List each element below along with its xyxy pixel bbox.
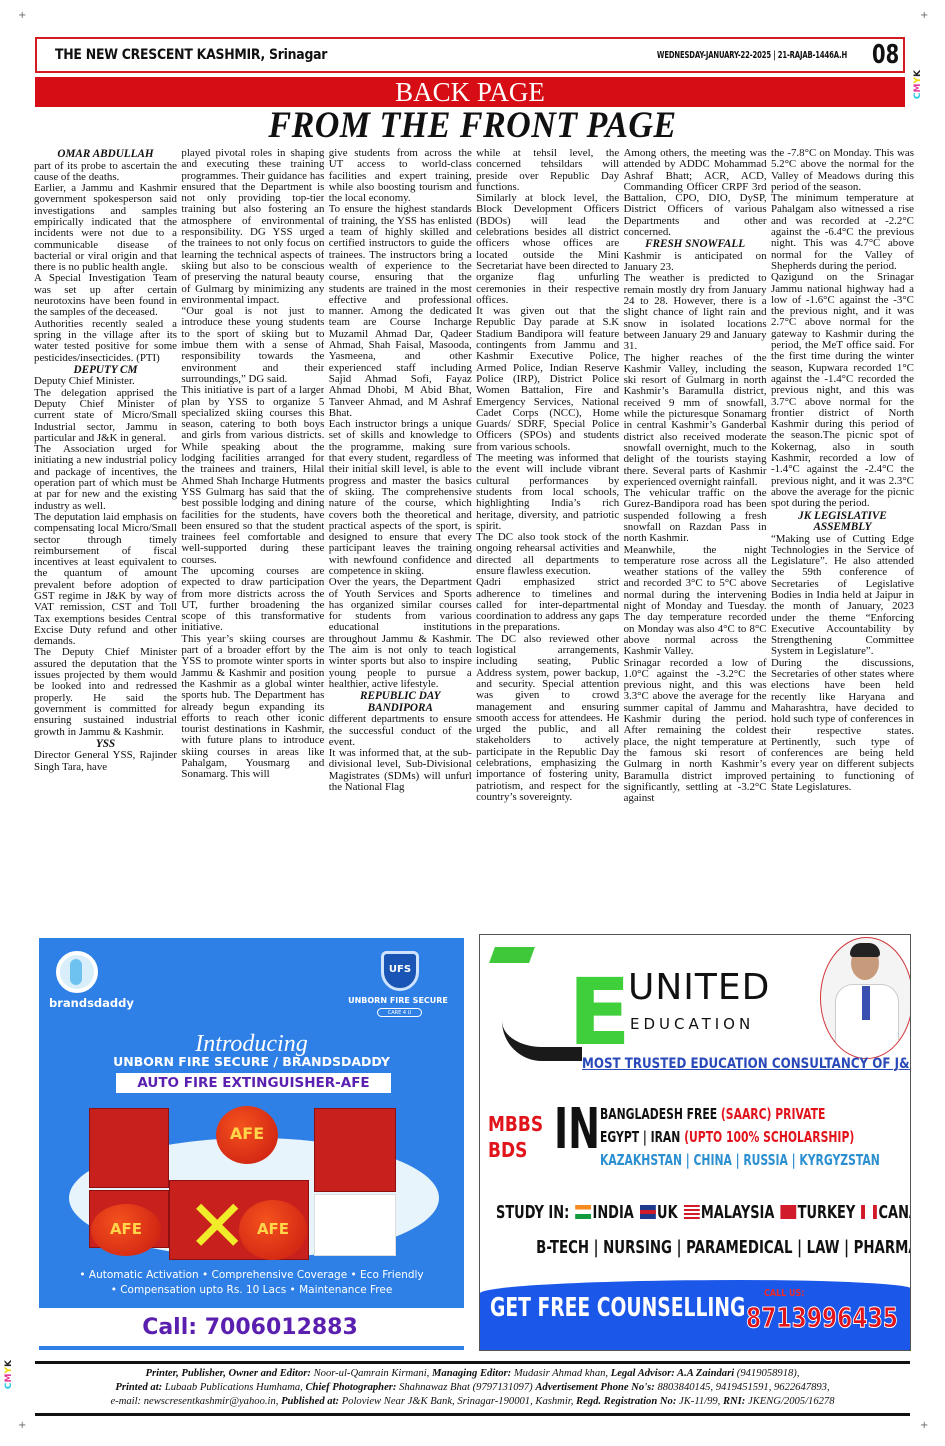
article-subheading: OMAR ABDULLAH (34, 149, 177, 161)
cmyk-m: M (4, 1374, 14, 1383)
article-columns: OMAR ABDULLAHpart of its probe to ascert… (34, 148, 914, 928)
dest-highlight: (UPTO 100% SCHOLARSHIP) (684, 1128, 854, 1146)
article-paragraph: Kashmir is anticipated on January 23. (624, 251, 767, 274)
imprint-value: Lubaab Publications Humhama, (162, 1382, 305, 1393)
article-paragraph: the -7.8°C on Monday. This was 5.2°C abo… (771, 148, 914, 193)
article-paragraph: The delegation apprised the Deputy Chief… (34, 388, 177, 444)
ad-features: • Automatic Activation • Comprehensive C… (39, 1268, 464, 1298)
article-paragraph: It was informed that, at the sub-divisio… (329, 748, 472, 793)
column-5: Among others, the meeting was attended b… (624, 148, 767, 928)
crop-mark: + (920, 1420, 928, 1431)
course-streams: B-TECH | NURSING | PARAMEDICAL | LAW | P… (536, 1237, 856, 1258)
crop-mark: + (18, 1420, 26, 1431)
imprint-value: JKENG/2005/16278 (745, 1396, 834, 1407)
article-paragraph: The deputation laid emphasis on compensa… (34, 512, 177, 648)
imprint-value: JK-11/99, (676, 1396, 723, 1407)
cmyk-c: C (913, 92, 923, 99)
imprint-value: (9419058918), (734, 1368, 799, 1379)
article-paragraph: part of its probe to ascertain the cause… (34, 161, 177, 184)
dest-text: BANGLADESH FREE (600, 1105, 721, 1123)
uk-flag-icon (640, 1205, 656, 1219)
ufs-brand-name: UNBORN FIRE SECURE (333, 996, 463, 1005)
column-4: while at tehsil level, the concerned teh… (476, 148, 619, 928)
destinations: BANGLADESH FREE (SAARC) PRIVATE EGYPT | … (600, 1103, 880, 1172)
product-leaflet (314, 1194, 396, 1256)
imprint-label: Printed at: (115, 1382, 162, 1393)
article-paragraph: The higher reaches of the Kashmir Valley… (624, 353, 767, 489)
article-paragraph: The DC also took stock of the ongoing re… (476, 532, 619, 577)
cmyk-y: Y (4, 1367, 14, 1374)
article-paragraph: To ensure the highest standards of train… (329, 204, 472, 419)
feature-line: • Automatic Activation • Comprehensive C… (39, 1268, 464, 1283)
masthead: THE NEW CRESCENT KASHMIR, Srinagar WEDNE… (35, 37, 905, 73)
article-paragraph: The upcoming courses are expected to dra… (181, 566, 324, 634)
article-paragraph: A Special Investigation Team was set up … (34, 273, 177, 318)
course-mbbs: MBBS (488, 1111, 543, 1137)
column-1: OMAR ABDULLAHpart of its probe to ascert… (34, 148, 177, 928)
article-paragraph: Qadri emphasized strict adherence to tim… (476, 577, 619, 633)
country: INDIA (593, 1202, 634, 1223)
article-paragraph: Director General YSS, Rajinder Singh Tar… (34, 750, 177, 773)
shield-logo-icon: UFS (381, 951, 419, 991)
imprint-label: Chief Photographer: (305, 1382, 396, 1393)
article-paragraph: Among others, the meeting was attended b… (624, 148, 767, 238)
country: CANADA (879, 1202, 911, 1223)
dest-highlight: (SAARC) PRIVATE (721, 1105, 826, 1123)
article-paragraph: Qazigund on the Srinagar Jammu national … (771, 272, 914, 509)
cta-text: GET FREE COUNSELLING (490, 1293, 745, 1323)
cmyk-k: K (4, 1360, 14, 1367)
advertisements: brandsdaddy UFS UNBORN FIRE SECURE CARE … (35, 934, 910, 1354)
issue-date: WEDNESDAY-JANUARY-22-2025 | 21-RAJAB-144… (657, 50, 847, 61)
column-6: the -7.8°C on Monday. This was 5.2°C abo… (771, 148, 914, 928)
ad-phone[interactable]: 8713996435 (746, 1301, 898, 1334)
fire-ball-icon: AFE (239, 1200, 307, 1260)
article-paragraph: The Deputy Chief Minister assured the de… (34, 647, 177, 737)
fire-ball-icon: AFE (216, 1106, 278, 1164)
article-paragraph: Each instructor brings a unique set of s… (329, 419, 472, 577)
article-paragraph: different departments to ensure the succ… (329, 714, 472, 748)
ad-phone[interactable]: Call: 7006012883 (35, 1315, 465, 1340)
doctor-hair (850, 943, 880, 957)
india-flag-icon (575, 1205, 591, 1219)
article-paragraph: Srinagar recorded a low of 1.0°C against… (624, 658, 767, 805)
article-paragraph: played pivotal roles in shaping and exec… (181, 148, 324, 306)
product-box (89, 1108, 169, 1188)
cmyk-k: K (913, 70, 923, 77)
article-paragraph: Over the years, the Department of Youth … (329, 577, 472, 690)
study-in-row: STUDY IN: INDIA UK MALAYSIA TURKEY CANAD… (496, 1202, 911, 1223)
ufs-tagline: CARE 4 U (377, 1008, 422, 1017)
imprint-line: e-mail: newscresentkashmir@yahoo.in, Pub… (35, 1395, 910, 1409)
canada-flag-icon (861, 1205, 877, 1219)
cmyk-c: C (4, 1382, 14, 1389)
article-paragraph: The Association urged for initiating a n… (34, 444, 177, 512)
imprint-label: RNI: (723, 1396, 745, 1407)
course-list: MBBS BDS (488, 1111, 543, 1163)
imprint-value: 8803840145, 9419451591, 9622647893, (655, 1382, 830, 1393)
brand-name: UNITED (628, 967, 770, 1008)
ad-bottom-rule (39, 1346, 464, 1350)
article-paragraph: This initiative is part of a larger plan… (181, 385, 324, 566)
graduation-cap-icon (489, 947, 535, 963)
imprint-label: Regd. Registration No: (576, 1396, 676, 1407)
article-paragraph: The minimum temperature at Pahalgam also… (771, 193, 914, 272)
doctor-tie (862, 986, 870, 1020)
article-paragraph: The meeting was informed that the event … (476, 453, 619, 532)
article-paragraph: Similarly at block level, the Block Deve… (476, 193, 619, 306)
article-paragraph: give students from across the UT access … (329, 148, 472, 204)
column-3: give students from across the UT access … (329, 148, 472, 928)
article-paragraph: This year’s skiing courses are part of a… (181, 634, 324, 781)
course-bds: BDS (488, 1137, 543, 1163)
article-paragraph: During the discussions, Secretaries of o… (771, 658, 914, 794)
country: UK (657, 1202, 678, 1223)
turkey-flag-icon (780, 1205, 796, 1219)
article-paragraph: Meanwhile, the night temperature rose ac… (624, 545, 767, 658)
section-title: FROM THE FRONT PAGE (38, 104, 907, 147)
article-paragraph: Authorities recently sealed a spring in … (34, 319, 177, 364)
newspaper-name: THE NEW CRESCENT KASHMIR, Srinagar (55, 47, 327, 63)
article-paragraph: Earlier, a Jammu and Kashmir government … (34, 183, 177, 273)
feature-line: • Compensation upto Rs. 10 Lacs • Mainte… (39, 1283, 464, 1298)
dest-text: EGYPT | IRAN (600, 1128, 684, 1146)
section-banner: BACK PAGE (35, 77, 905, 107)
cmyk-m: M (913, 84, 923, 93)
imprint-value: Poloview Near J&K Bank, Srinagar-190001,… (339, 1396, 576, 1407)
imprint-line: Printed at: Lubaab Publications Humhama,… (35, 1381, 910, 1395)
crop-mark: + (18, 10, 26, 21)
study-label: STUDY IN: (496, 1202, 569, 1223)
mounting-bracket-icon: ✕ (187, 1196, 247, 1256)
country: MALAYSIA (701, 1202, 775, 1223)
article-paragraph: “Our goal is not just to introduce these… (181, 306, 324, 385)
article-subheading: JK LEGISLATIVE ASSEMBLY (771, 511, 914, 534)
imprint-label: Printer, Publisher, Owner and Editor: (146, 1368, 311, 1379)
country: TURKEY (798, 1202, 856, 1223)
ad-product-name: AUTO FIRE EXTINGUISHER-AFE (116, 1073, 391, 1093)
fire-extinguisher-ad[interactable]: brandsdaddy UFS UNBORN FIRE SECURE CARE … (35, 934, 465, 1351)
doctor-photo (820, 937, 911, 1059)
brandsdaddy-name: brandsdaddy (49, 996, 134, 1010)
cmyk-y: Y (913, 77, 923, 84)
brandsdaddy-logo-icon (56, 951, 98, 993)
imprint-value: Noor-ul-Qamrain Kirmani, (311, 1368, 432, 1379)
imprint-label: Legal Advisor: A.A Zaindari (611, 1368, 734, 1379)
article-paragraph: Deputy Chief Minister. (34, 376, 177, 387)
article-subheading: REPUBLIC DAY BANDIPORA (329, 691, 472, 714)
ad-background: brandsdaddy UFS UNBORN FIRE SECURE CARE … (39, 938, 464, 1308)
cmyk-registration-mark: CMYK (4, 1360, 14, 1389)
imprint-label: Advertisement Phone No's: (535, 1382, 654, 1393)
article-paragraph: while at tehsil level, the concerned teh… (476, 148, 619, 193)
malaysia-flag-icon (684, 1205, 700, 1219)
imprint-label: Published at: (281, 1396, 339, 1407)
page-number: 08 (872, 40, 899, 70)
column-2: played pivotal roles in shaping and exec… (181, 148, 324, 928)
email-link[interactable]: e-mail: newscresentkashmir@yahoo.in, (110, 1396, 281, 1407)
imprint-value: Shahnawaz Bhat (9797131097) (396, 1382, 535, 1393)
article-paragraph: “Making use of Cutting Edge Technologies… (771, 534, 914, 658)
cmyk-registration-mark: CMYK (913, 70, 923, 99)
brand-subname: EDUCATION (630, 1015, 754, 1033)
article-paragraph: The weather is predicted to remain mostl… (624, 273, 767, 352)
ad-tagline: MOST TRUSTED EDUCATION CONSULTANCY OF J&… (582, 1056, 911, 1072)
product-box (314, 1108, 396, 1192)
imprint-line: Printer, Publisher, Owner and Editor: No… (35, 1367, 910, 1381)
logo-e-letter: E (568, 973, 631, 1053)
in-text: IN (554, 1103, 600, 1157)
imprint-footer: Printer, Publisher, Owner and Editor: No… (35, 1361, 910, 1416)
united-education-ad[interactable]: E UNITED EDUCATION MOST TRUSTED EDUCATIO… (479, 934, 911, 1351)
imprint-value: Mudasir Ahmad khan, (511, 1368, 611, 1379)
product-image: AFE AFE AFE ✕ (69, 1108, 439, 1258)
crop-mark: + (920, 10, 928, 21)
call-label: CALL US: (764, 1288, 805, 1299)
dest-countries: KAZAKHSTAN | CHINA | RUSSIA | KYRGYZSTAN (600, 1149, 880, 1172)
article-paragraph: The DC also reviewed other logistical ar… (476, 634, 619, 803)
fire-ball-icon: AFE (91, 1204, 161, 1256)
article-paragraph: It was given out that the Republic Day p… (476, 306, 619, 453)
ad-headline: UNBORN FIRE SECURE / BRANDSDADDY (39, 1054, 464, 1069)
article-paragraph: The vehicular traffic on the Gurez-Bandi… (624, 488, 767, 544)
imprint-label: Managing Editor: (432, 1368, 511, 1379)
